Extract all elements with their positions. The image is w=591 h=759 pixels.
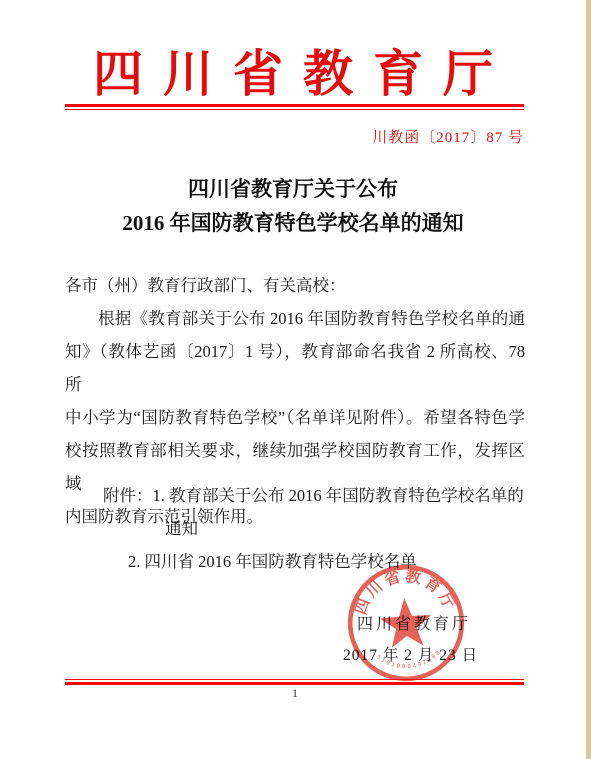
attachment-item-1-continued: 通知 — [65, 512, 525, 545]
page-number: 1 — [65, 686, 525, 701]
seal-code-text: 5101000492308 — [375, 649, 443, 672]
body-line: 根据《教育部关于公布 2016 年国防教育特色学校名单的通 — [65, 302, 525, 335]
body-line: 知》（教体艺函〔2017〕1 号），教育部命名我省 2 所高校、78 所 — [65, 335, 525, 401]
title-line-2: 2016 年国防教育特色学校名单的通知 — [0, 206, 586, 240]
svg-text:5101000492308: 5101000492308 — [375, 649, 443, 672]
seal-star-icon — [379, 596, 433, 648]
document-title: 四川省教育厅关于公布 2016 年国防教育特色学校名单的通知 — [0, 172, 586, 240]
attachment-item-1: 附件：1. 教育部关于公布 2016 年国防教育特色学校名单的 — [65, 479, 525, 512]
document-page: 四川省教育厅 川教函〔2017〕87 号 四川省教育厅关于公布 2016 年国防… — [0, 0, 591, 759]
title-line-1: 四川省教育厅关于公布 — [0, 172, 586, 206]
salutation-line: 各市（州）教育行政部门、有关高校： — [65, 269, 525, 302]
header-divider-rule — [65, 104, 524, 110]
agency-letterhead: 四川省教育厅 — [0, 34, 586, 106]
scan-edge-strip — [586, 0, 591, 759]
official-seal: 四川省教育厅 5101000492308 — [340, 557, 472, 689]
body-line: 中小学为“国防教育特色学校”（名单详见附件）。希望各特色学 — [65, 401, 525, 434]
document-number: 川教函〔2017〕87 号 — [65, 126, 524, 147]
footer-divider-rule — [65, 679, 524, 685]
